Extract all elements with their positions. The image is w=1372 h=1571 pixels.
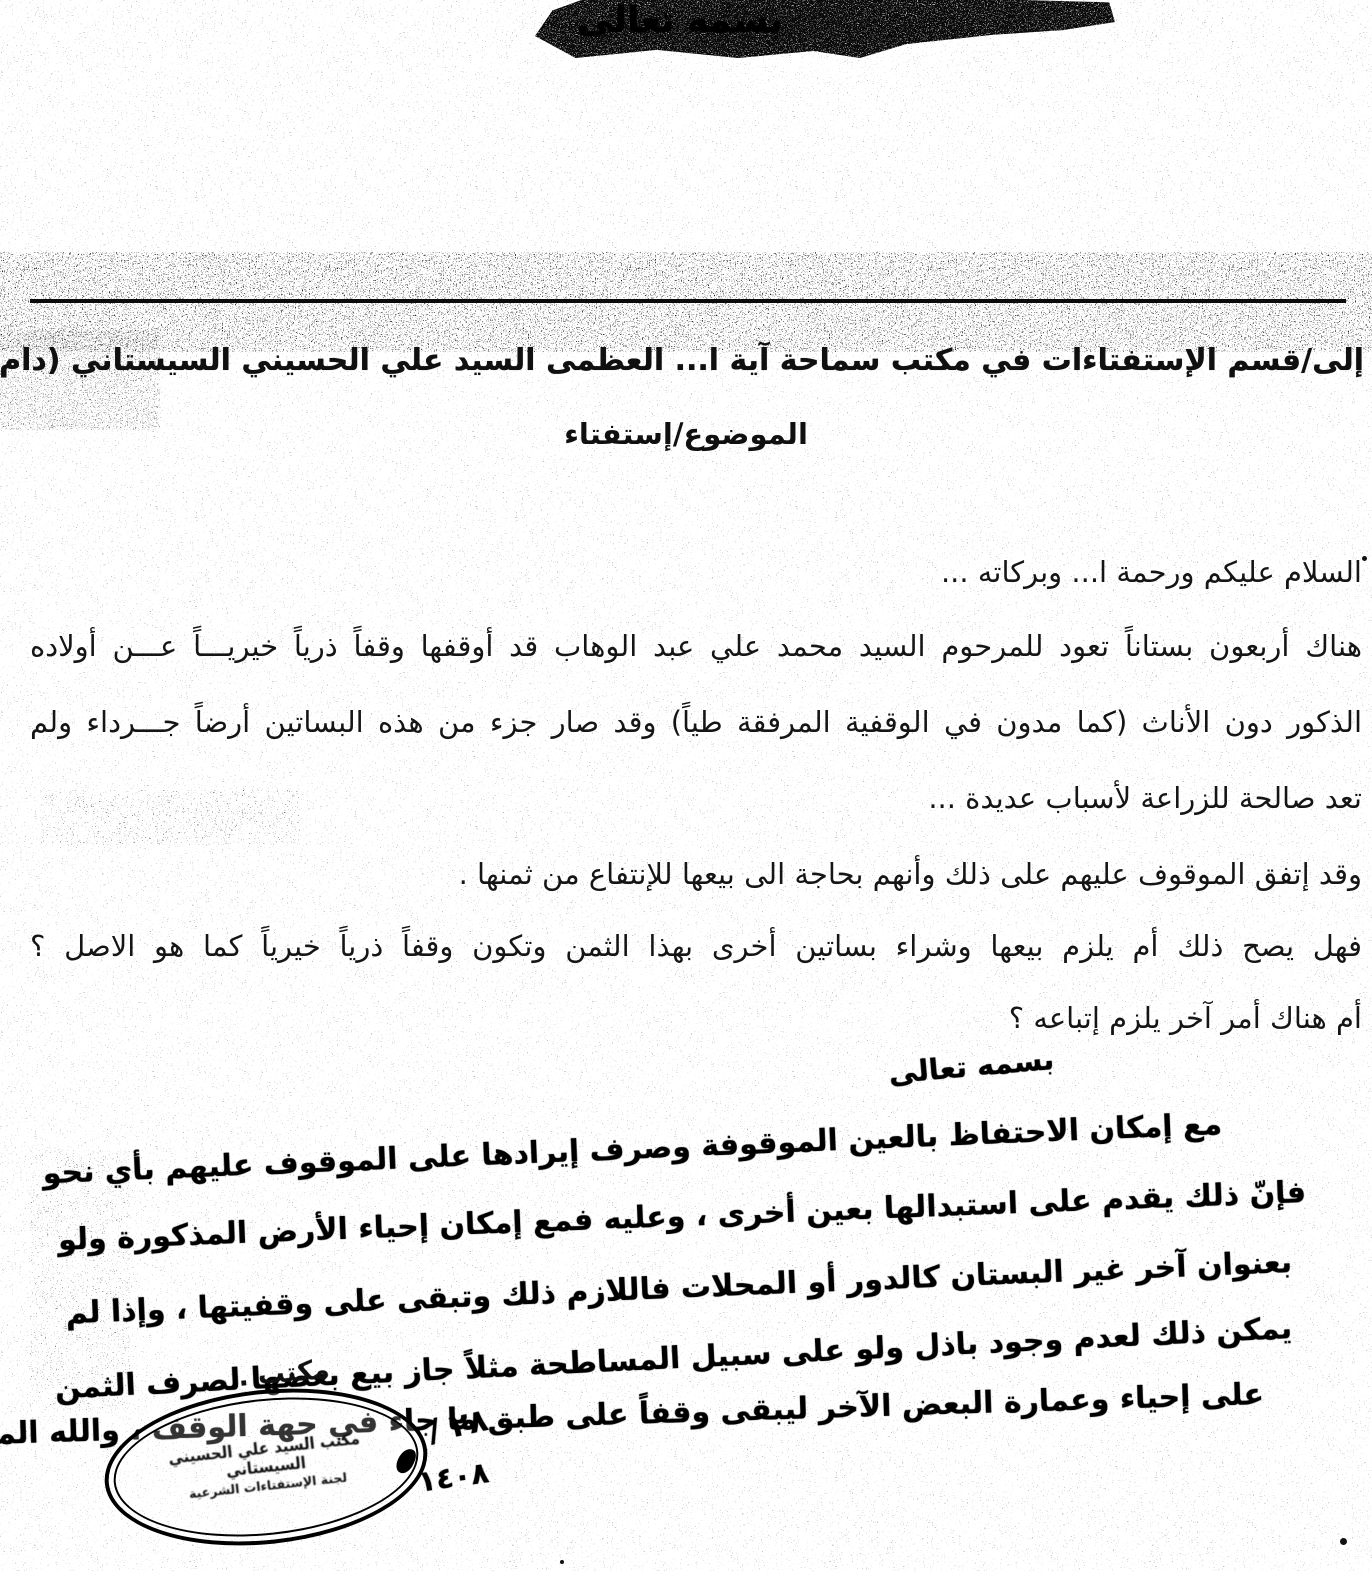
ink-speck — [1362, 556, 1367, 561]
scanned-letter-page: بسمه تعالى إلى/قسم الإستفتاءات في مكتب س… — [0, 0, 1372, 1571]
letter-line-4: وقد إتفق الموقوف عليهم على ذلك وأنهم بحا… — [30, 852, 1362, 896]
salutation-line: السلام عليكم ورحمة ا... وبركاته ... — [30, 550, 1362, 594]
scan-smudge-artifact: بسمه تعالى — [535, 0, 1115, 58]
subject-line: الموضوع/إستفتاء — [0, 417, 1372, 451]
letter-line-1: هناك أربعون بستاناً تعود للمرحوم السيد م… — [30, 624, 1362, 668]
letter-line-2: الذكور دون الأناث (كما مدون في الوقفية ا… — [30, 700, 1362, 744]
letter-question-2: أم هناك أمر آخر يلزم إتباعه ؟ — [30, 996, 1362, 1040]
horizontal-rule — [30, 299, 1346, 303]
ink-speck — [560, 1560, 564, 1564]
addressee-line: إلى/قسم الإستفتاءات في مكتب سماحة آية ا.… — [14, 338, 1364, 384]
letter-line-3: تعد صالحة للزراعة لأسباب عديدة ... — [30, 776, 1362, 820]
handwritten-number-2: ١٤٠٨ — [416, 1455, 491, 1499]
letter-question-1: فهل يصح ذلك أم يلزم بيعها وشراء بساتين أ… — [30, 924, 1362, 968]
basmala-top: بسمه تعالى — [577, 0, 783, 41]
ink-speck — [1340, 1538, 1347, 1545]
answer-basmala: بسمه تعالى — [887, 1036, 1056, 1096]
